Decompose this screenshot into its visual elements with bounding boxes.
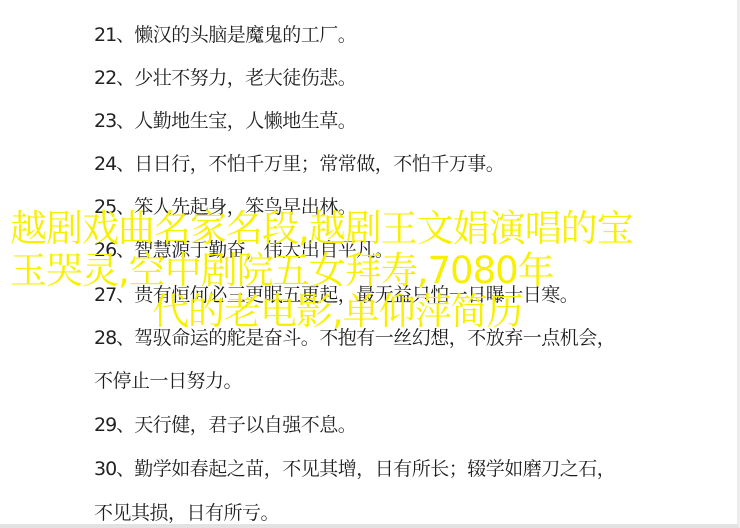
item-number: 24、: [94, 153, 134, 175]
item-text: 日日行，不怕千万里；常常做，不怕千万事。: [134, 153, 504, 175]
item-number: 27、: [94, 284, 134, 306]
item-number: 28、: [94, 327, 134, 349]
item-text: 智慧源于勤奋，伟大出自平凡。: [134, 239, 393, 261]
item-number: 30、: [94, 458, 134, 480]
list-item: 21、懒汉的头脑是魔鬼的工厂。: [94, 23, 356, 47]
list-item-continuation: 不见其损，日有所亏。: [94, 501, 279, 525]
list-item-continuation: 不停止一日努力。: [94, 369, 242, 393]
list-item: 26、智慧源于勤奋，伟大出自平凡。: [94, 238, 393, 262]
item-number: 23、: [94, 110, 134, 132]
item-text: 贵有恒何必三更眠五更起，最无益只怕一日曝十日寒。: [134, 284, 578, 306]
item-text: 驾驭命运的舵是奋斗。不抱有一丝幻想，不放弃一点机会，: [134, 327, 615, 349]
item-text: 笨人先起身，笨鸟早出林。: [134, 196, 356, 218]
document-page: 21、懒汉的头脑是魔鬼的工厂。 22、少壮不努力，老大徒伤悲。 23、人勤地生宝…: [0, 0, 740, 528]
list-item: 29、天行健，君子以自强不息。: [94, 413, 356, 437]
item-text: 不停止一日努力。: [94, 370, 242, 392]
item-text: 勤学如春起之苗，不见其增，日有所长；辍学如磨刀之石，: [134, 458, 615, 480]
list-item: 25、笨人先起身，笨鸟早出林。: [94, 195, 356, 219]
list-item: 27、贵有恒何必三更眠五更起，最无益只怕一日曝十日寒。: [94, 283, 578, 307]
item-number: 25、: [94, 196, 134, 218]
item-number: 21、: [94, 24, 134, 46]
list-item: 28、驾驭命运的舵是奋斗。不抱有一丝幻想，不放弃一点机会，: [94, 326, 615, 350]
list-item: 22、少壮不努力，老大徒伤悲。: [94, 66, 356, 90]
item-text: 人勤地生宝，人懒地生草。: [134, 110, 356, 132]
item-number: 29、: [94, 414, 134, 436]
list-item: 23、人勤地生宝，人懒地生草。: [94, 109, 356, 133]
item-number: 26、: [94, 239, 134, 261]
item-text: 少壮不努力，老大徒伤悲。: [134, 67, 356, 89]
list-item: 30、勤学如春起之苗，不见其增，日有所长；辍学如磨刀之石，: [94, 457, 615, 481]
item-text: 不见其损，日有所亏。: [94, 502, 279, 524]
item-text: 懒汉的头脑是魔鬼的工厂。: [134, 24, 356, 46]
item-text: 天行健，君子以自强不息。: [134, 414, 356, 436]
list-item: 24、日日行，不怕千万里；常常做，不怕千万事。: [94, 152, 504, 176]
item-number: 22、: [94, 67, 134, 89]
